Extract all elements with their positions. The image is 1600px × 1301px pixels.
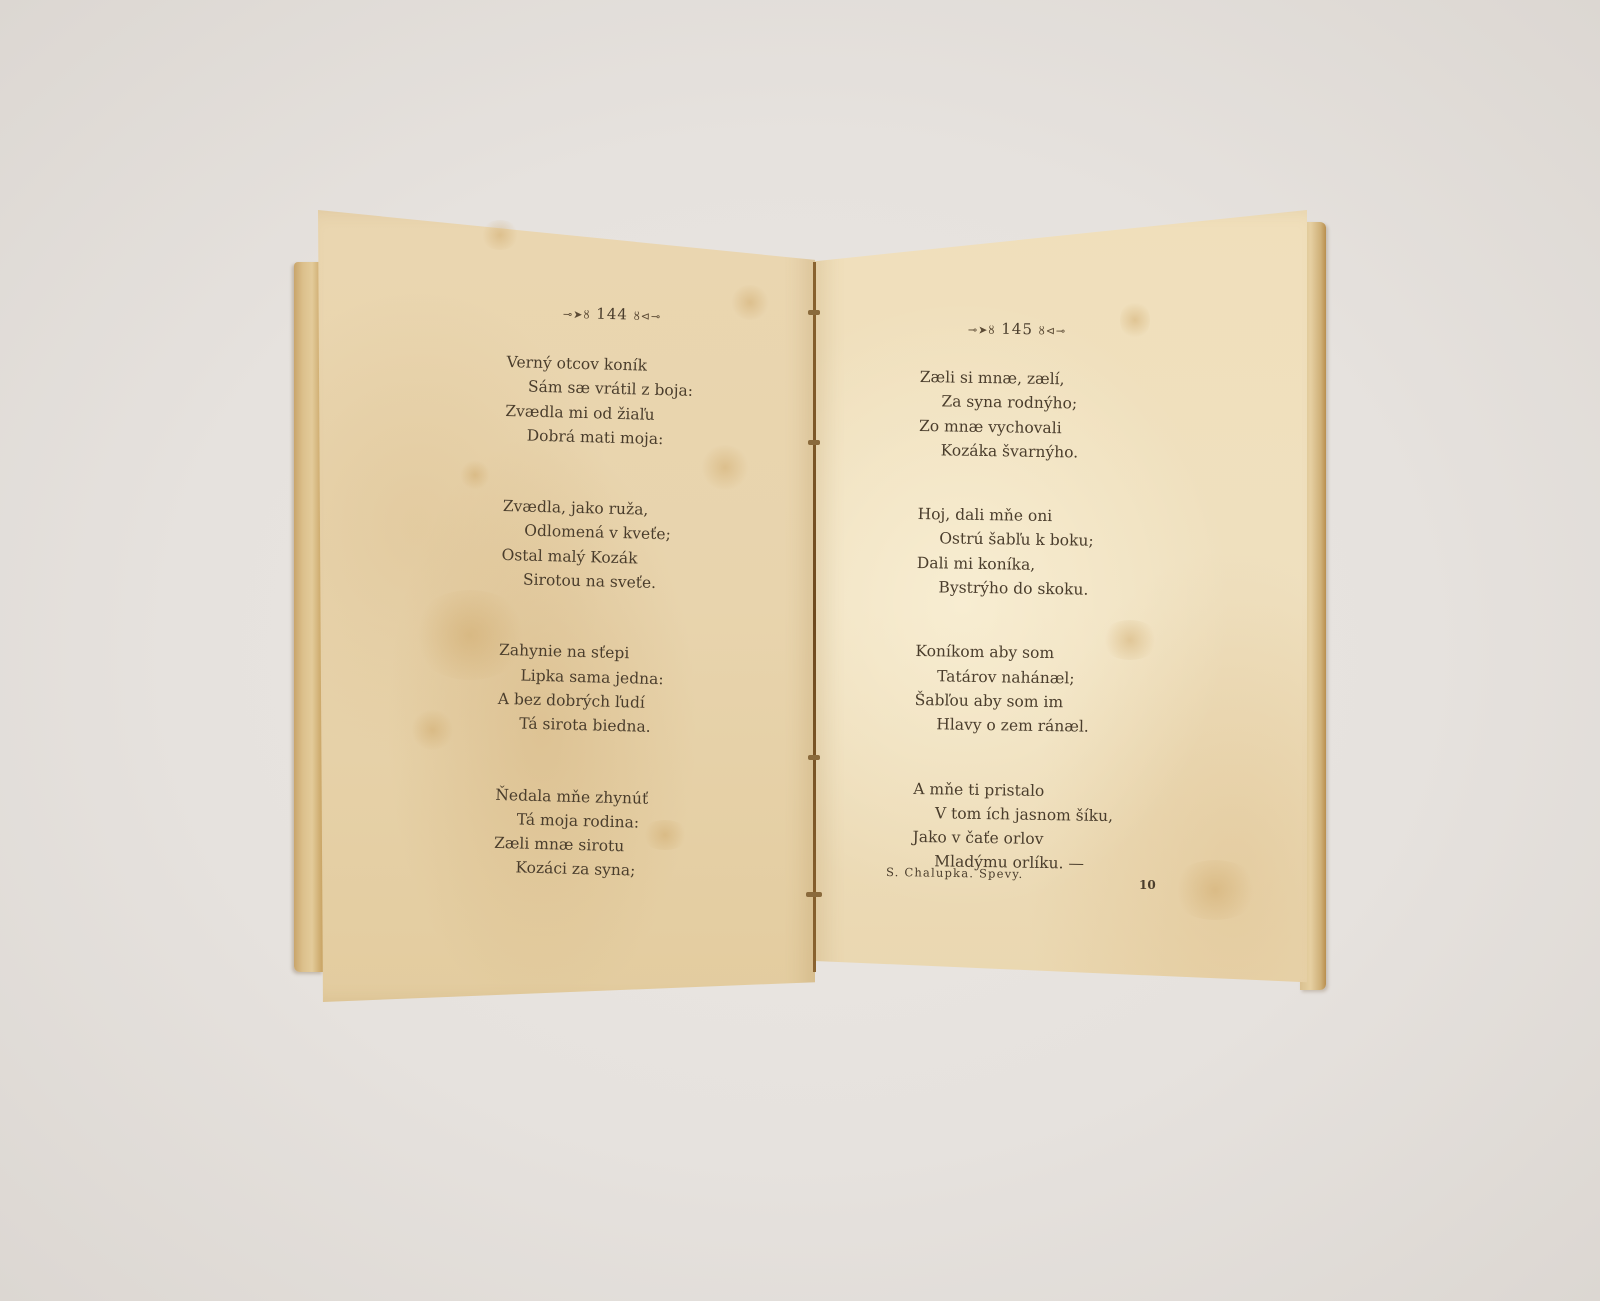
verse-line: Šabľou aby som im xyxy=(915,688,1115,715)
paper-stain xyxy=(730,285,770,320)
ornament-right-icon: ȣ⊲⊸ xyxy=(1039,324,1067,337)
verse-line: Zæli si mnæ, zælí, xyxy=(920,365,1120,392)
verse-line: V tom ích jasnom šíku, xyxy=(913,801,1113,828)
stanza: Zahynie na sťepi Lipka sama jedna: A bez… xyxy=(497,638,687,740)
sheet-number: 10 xyxy=(1139,878,1156,892)
left-page-number: 144 xyxy=(596,305,628,324)
verse-line: Hoj, dali mňe oni xyxy=(917,502,1117,529)
paper-stain xyxy=(700,445,750,490)
verse-line: Ostrú šabľu k boku; xyxy=(917,526,1117,553)
paper-stain xyxy=(460,460,490,490)
stanza: Zæli si mnæ, zælí, Za syna rodnýho; Zo m… xyxy=(918,365,1120,465)
ornament-left-icon: ⊸➤ȣ xyxy=(968,323,996,336)
left-page-poem: Verný otcov koník Sám sæ vrátil z boja: … xyxy=(492,350,694,931)
verse-line: Dali mi koníka, xyxy=(917,551,1117,578)
ornament-left-icon: ⊸➤ȣ xyxy=(563,308,591,322)
left-page-header: ⊸➤ȣ 144 ȣ⊲⊸ xyxy=(563,304,662,325)
paper-stain xyxy=(410,710,455,750)
stanza: Verný otcov koník Sám sæ vrátil z boja: … xyxy=(504,350,694,452)
open-book: ⊸➤ȣ 144 ȣ⊲⊸ Verný otcov koník Sám sæ vrá… xyxy=(0,0,1600,1301)
paper-stain xyxy=(480,220,520,250)
verse-line: Sirotou na sveťe. xyxy=(501,567,689,596)
right-page-number: 145 xyxy=(1001,320,1033,338)
verse-line: Bystrýho do skoku. xyxy=(916,575,1116,602)
right-page-poem: Zæli si mnæ, zælí, Za syna rodnýho; Zo m… xyxy=(911,365,1120,917)
verse-line: Tá sirota biedna. xyxy=(497,711,685,740)
stanza: Ňedala mňe zhynúť Tá moja rodina: Zæli m… xyxy=(493,782,683,884)
verse-line: Kozáci za syna; xyxy=(493,855,681,884)
paper-stain xyxy=(1120,300,1150,340)
verse-line: A mňe ti pristalo xyxy=(913,777,1113,804)
stanza: Koníkom aby som Tatárov nahánæl; Šabľou … xyxy=(914,639,1116,739)
stanza: A mňe ti pristalo V tom ích jasnom šíku,… xyxy=(912,777,1114,877)
binding-stitch xyxy=(808,310,820,315)
spine-gutter xyxy=(813,262,816,972)
verse-line: Zo mnæ vychovali xyxy=(919,414,1119,441)
stanza: Zvædla, jako ruža, Odlomená v kveťe; Ost… xyxy=(501,494,691,596)
verse-line: Za syna rodnýho; xyxy=(919,389,1119,416)
verse-line: Koníkom aby som xyxy=(915,639,1115,666)
paper-stain xyxy=(1170,860,1260,920)
verse-line: Kozáka švarnýho. xyxy=(918,438,1118,465)
binding-stitch xyxy=(808,755,820,760)
verse-line: Jako v čaťe orlov xyxy=(912,825,1112,852)
verse-line: Hlavy o zem ránæl. xyxy=(914,712,1114,739)
verse-line: Tatárov nahánæl; xyxy=(915,664,1115,691)
right-page-header: ⊸➤ȣ 145 ȣ⊲⊸ xyxy=(968,319,1066,338)
binding-stitch xyxy=(808,440,820,445)
stanza: Hoj, dali mňe oni Ostrú šabľu k boku; Da… xyxy=(916,502,1118,602)
verse-line: Dobrá mati moja: xyxy=(504,423,692,452)
ornament-right-icon: ȣ⊲⊸ xyxy=(634,310,662,324)
binding-stitch xyxy=(806,892,822,897)
signature-mark: S. Chalupka. Spevy. xyxy=(886,865,1024,881)
